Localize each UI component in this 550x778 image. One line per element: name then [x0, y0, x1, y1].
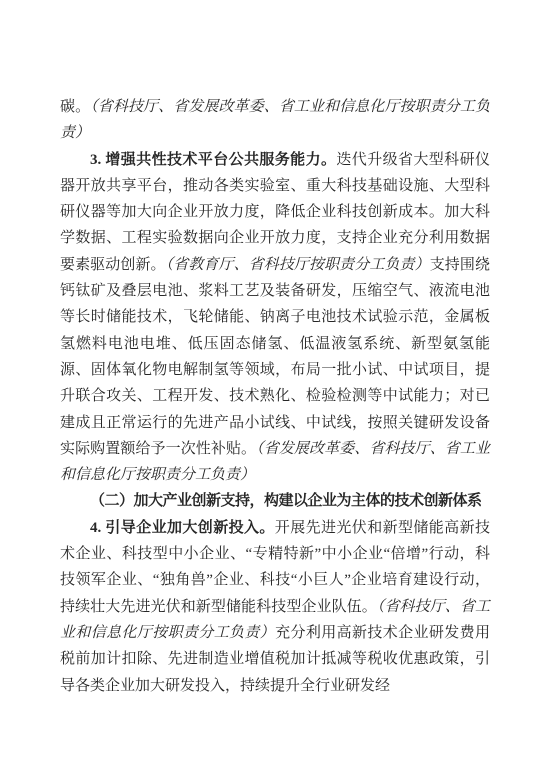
- text-run-bold: 4. 引导企业加大创新投入。: [90, 520, 275, 536]
- text-run-kai: （省科技厅、省发展改革委、省工业和信息化厅按职责分工负责）: [60, 99, 490, 141]
- text-run-kai: （省教育厅、省科技厅按职责分工负责）: [166, 257, 430, 273]
- paragraph: 3. 增强共性技术平台公共服务能力。迭代升级省大型科研仪器开放共享平台，推动各类…: [60, 147, 490, 489]
- paragraph: 4. 引导企业加大创新投入。开展先进光伏和新型储能高新技术企业、科技型中小企业、…: [60, 515, 490, 699]
- paragraph: （二）加大产业创新支持，构建以企业为主体的技术创新体系: [60, 488, 490, 514]
- paragraph: 碳。（省科技厅、省发展改革委、省工业和信息化厅按职责分工负责）: [60, 94, 490, 147]
- document-page: 碳。（省科技厅、省发展改革委、省工业和信息化厅按职责分工负责）3. 增强共性技术…: [0, 0, 550, 778]
- text-run-normal: 支持围绕钙钛矿及叠层电池、浆料工艺及装备研发，压缩空气、液流电池等长时储能技术，…: [60, 257, 490, 457]
- text-run-normal: 迭代升级省大型科研仪器开放共享平台，推动各类实验室、重大科技基础设施、大型科研仪…: [60, 152, 490, 273]
- text-run-normal: 碳。: [60, 99, 90, 115]
- text-run-bold: （二）加大产业创新支持，构建以企业为主体的技术创新体系: [90, 493, 482, 509]
- text-run-bold: 3. 增强共性技术平台公共服务能力。: [90, 152, 336, 168]
- document-body: 碳。（省科技厅、省发展改革委、省工业和信息化厅按职责分工负责）3. 增强共性技术…: [60, 94, 490, 699]
